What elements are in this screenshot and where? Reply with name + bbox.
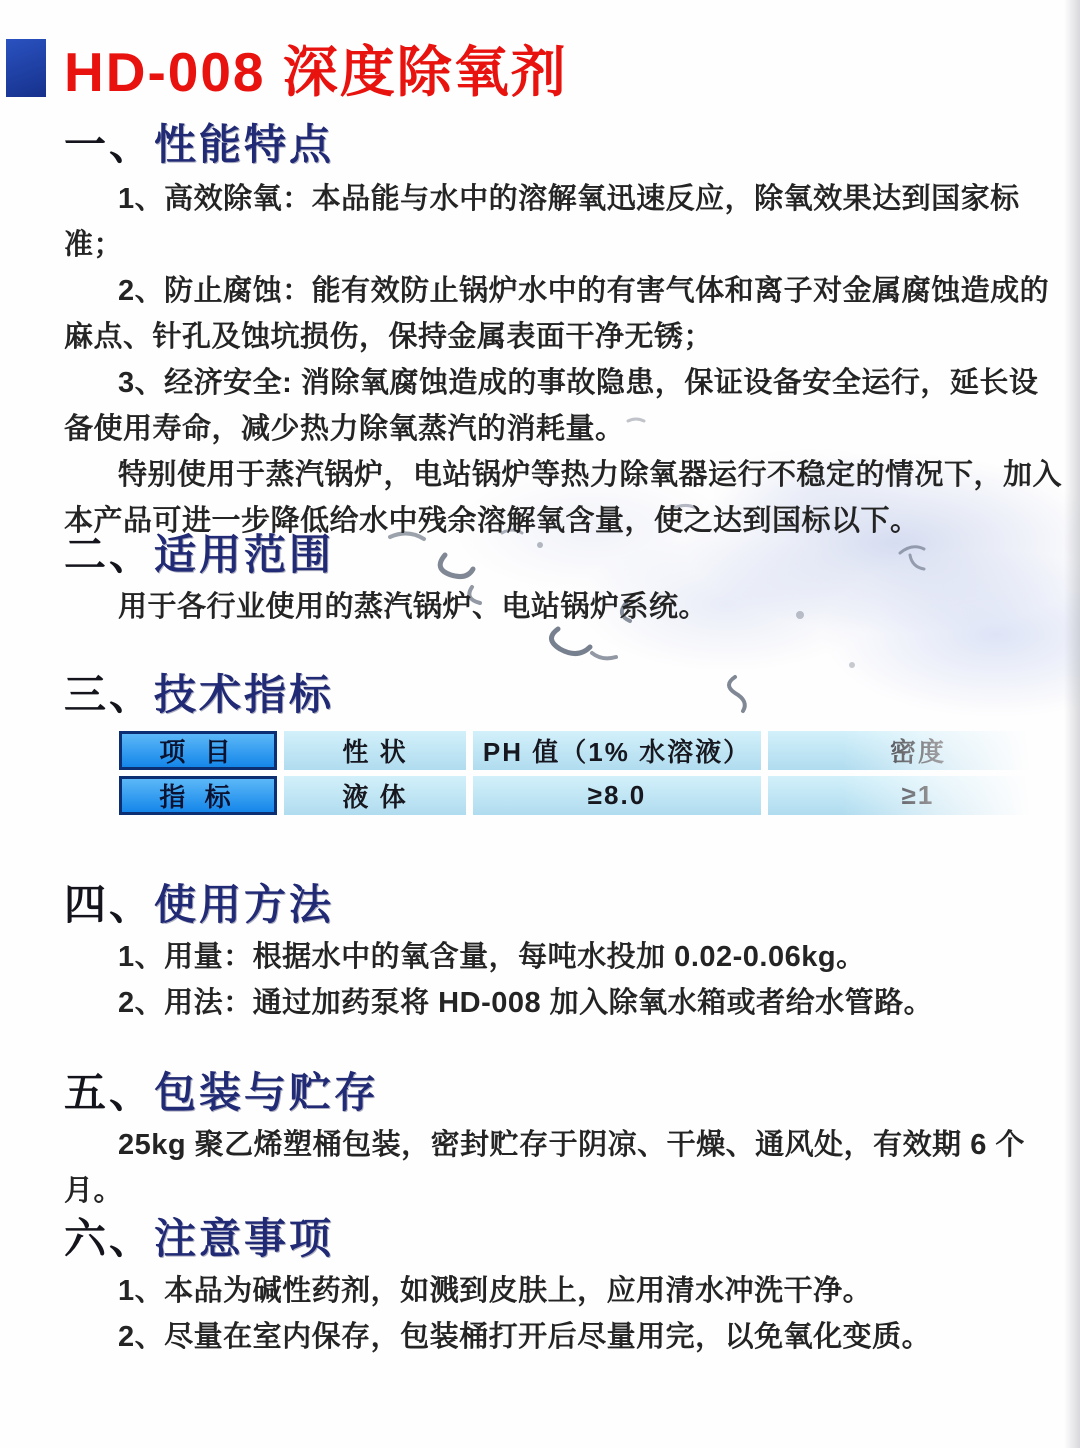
section-heading-scope: 二、适用范围 — [64, 522, 1064, 582]
section-heading-packaging: 五、包装与贮存 — [64, 1060, 1064, 1120]
section-title: 技术指标 — [154, 671, 334, 718]
page-title: HD-008 深度除氧剂 — [64, 28, 568, 107]
section-heading-usage: 四、使用方法 — [64, 872, 1064, 932]
page-edge-shadow — [1064, 0, 1080, 1448]
section-heading-performance: 一、性能特点 — [64, 112, 1064, 172]
paragraph: 2、防止腐蚀：能有效防止锅炉水中的有害气体和离子对金属腐蚀造成的麻点、针孔及蚀坑… — [64, 268, 1064, 360]
title-block: HD-008 深度除氧剂 — [6, 28, 568, 107]
section-body-performance: 1、高效除氧：本品能与水中的溶解氧迅速反应，除氧效果达到国家标准； 2、防止腐蚀… — [64, 176, 1064, 544]
table-value-density: ≥1 — [768, 776, 1068, 815]
section-title: 性能特点 — [154, 121, 334, 168]
table-value-appearance: 液 体 — [284, 776, 466, 815]
table-header-density: 密度 — [768, 731, 1068, 770]
section-body-precautions: 1、本品为碱性药剂，如溅到皮肤上，应用清水冲洗干净。 2、尽量在室内保存，包装桶… — [64, 1268, 1064, 1360]
table-header-appearance: 性 状 — [284, 731, 466, 770]
paragraph: 2、用法：通过加药泵将 HD-008 加入除氧水箱或者给水管路。 — [64, 980, 1064, 1026]
section-body-scope: 用于各行业使用的蒸汽锅炉、电站锅炉系统。 — [64, 584, 1064, 630]
table-value-ph: ≥8.0 — [473, 776, 761, 815]
paragraph: 用于各行业使用的蒸汽锅炉、电站锅炉系统。 — [64, 584, 1064, 630]
document-page: HD-008 深度除氧剂 一、性能特点 1、高效除氧：本品能与水中的溶解氧迅速反… — [0, 0, 1080, 1448]
section-body-usage: 1、用量：根据水中的氧含量，每吨水投加 0.02-0.06kg。 2、用法：通过… — [64, 934, 1064, 1026]
table-label-index: 指 标 — [119, 776, 277, 815]
paragraph: 2、尽量在室内保存，包装桶打开后尽量用完，以免氧化变质。 — [64, 1314, 1064, 1360]
section-number: 四、 — [64, 881, 154, 928]
section-heading-specs: 三、技术指标 — [64, 662, 1064, 722]
accent-square — [6, 39, 46, 97]
spec-table: 项 目 性 状 PH 值（1% 水溶液） 密度 指 标 液 体 ≥8.0 ≥1 — [119, 731, 1068, 815]
section-number: 六、 — [64, 1215, 154, 1262]
section-heading-precautions: 六、注意事项 — [64, 1206, 1064, 1266]
section-number: 二、 — [64, 531, 154, 578]
section-title: 包装与贮存 — [154, 1069, 379, 1116]
paragraph: 1、用量：根据水中的氧含量，每吨水投加 0.02-0.06kg。 — [64, 934, 1064, 980]
section-title: 适用范围 — [154, 531, 334, 578]
section-number: 一、 — [64, 121, 154, 168]
stray-ink-mark: 、 — [74, 316, 100, 353]
section-number: 五、 — [64, 1069, 154, 1116]
paragraph: 1、本品为碱性药剂，如溅到皮肤上，应用清水冲洗干净。 — [64, 1268, 1064, 1314]
paragraph: 1、高效除氧：本品能与水中的溶解氧迅速反应，除氧效果达到国家标准； — [64, 176, 1064, 268]
section-number: 三、 — [64, 671, 154, 718]
section-title: 注意事项 — [154, 1215, 334, 1262]
paragraph: 25kg 聚乙烯塑桶包装，密封贮存于阴凉、干燥、通风处，有效期 6 个月。 — [64, 1122, 1064, 1214]
paragraph: 3、经济安全: 消除氧腐蚀造成的事故隐患，保证设备安全运行，延长设备使用寿命，减… — [64, 360, 1064, 452]
section-title: 使用方法 — [154, 881, 334, 928]
section-body-packaging: 25kg 聚乙烯塑桶包装，密封贮存于阴凉、干燥、通风处，有效期 6 个月。 — [64, 1122, 1064, 1214]
table-header-item: 项 目 — [119, 731, 277, 770]
table-header-ph: PH 值（1% 水溶液） — [473, 731, 761, 770]
